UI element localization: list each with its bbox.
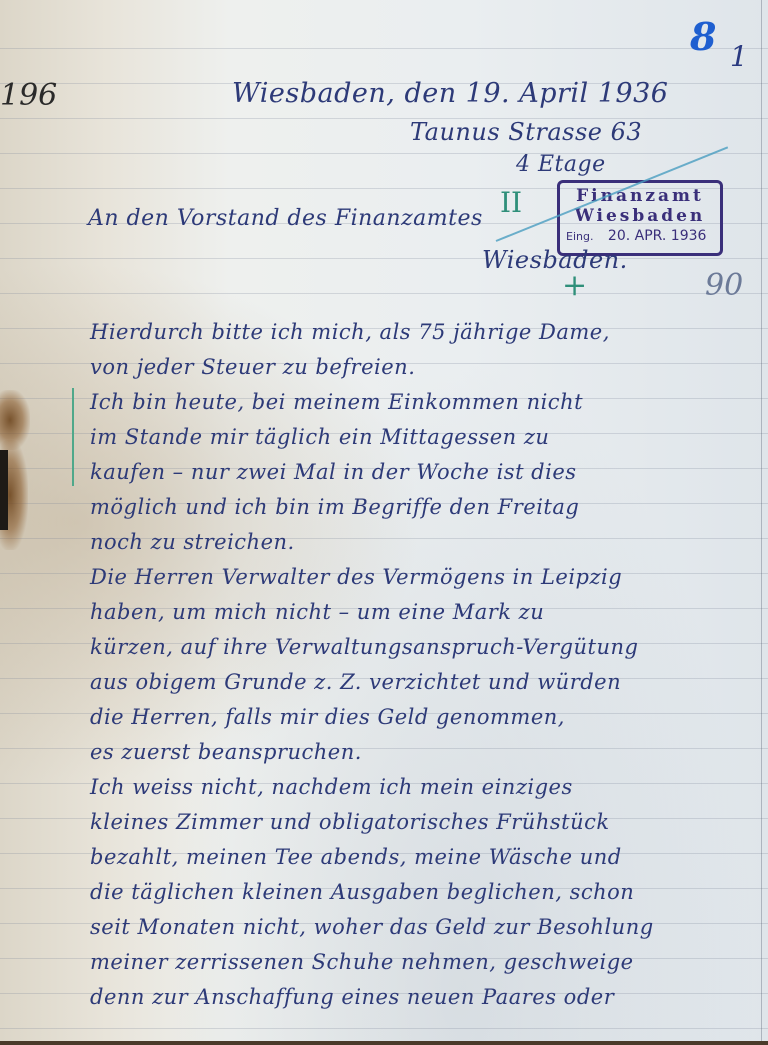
stamp-city: Wiesbaden <box>560 206 720 226</box>
body-line: haben, um mich nicht – um eine Mark zu <box>90 600 544 624</box>
archive-number: 196 <box>0 78 57 113</box>
body-line: seit Monaten nicht, woher das Geld zur B… <box>90 915 654 939</box>
body-line: aus obigem Grunde z. Z. verzichtet und w… <box>90 670 621 694</box>
addressee-line-2: Wiesbaden. <box>482 246 628 274</box>
received-stamp: Finanzamt Wiesbaden Eing. 20. APR. 1936 <box>557 180 723 256</box>
body-line: meiner zerrissenen Schuhe nehmen, geschw… <box>90 950 634 974</box>
stamp-date: 20. APR. 1936 <box>608 228 707 244</box>
green-margin-line <box>72 388 74 486</box>
body-line: es zuerst beanspruchen. <box>90 740 362 764</box>
floor-info: 4 Etage <box>516 152 606 177</box>
body-line: Die Herren Verwalter des Vermögens in Le… <box>90 565 622 589</box>
body-line: von jeder Steuer zu befreien. <box>90 355 415 379</box>
roman-numeral-mark: II <box>500 186 522 219</box>
page-right-edge <box>761 0 762 1045</box>
body-line: bezahlt, meinen Tee abends, meine Wäsche… <box>90 845 622 869</box>
body-line: Hierdurch bitte ich mich, als 75 jährige… <box>90 320 610 344</box>
stamp-date-row: Eing. 20. APR. 1936 <box>560 226 720 247</box>
pencil-number: 90 <box>705 268 743 303</box>
page-bottom-edge <box>0 1041 768 1045</box>
body-line: im Stande mir täglich ein Mittagessen zu <box>90 425 549 449</box>
body-line: Ich bin heute, bei meinem Einkommen nich… <box>90 390 583 414</box>
binding-hole <box>0 450 8 530</box>
body-line: die Herren, falls mir dies Geld genommen… <box>90 705 565 729</box>
street-address: Taunus Strasse 63 <box>410 118 642 146</box>
body-line: Ich weiss nicht, nachdem ich mein einzig… <box>90 775 573 799</box>
body-line: kleines Zimmer und obligatorisches Frühs… <box>90 810 610 834</box>
stamp-received-label: Eing. <box>566 230 593 243</box>
place-date: Wiesbaden, den 19. April 1936 <box>232 78 668 109</box>
addressee-line-1: An den Vorstand des Finanzamtes <box>88 206 483 231</box>
plus-mark: + <box>562 268 587 303</box>
body-line: kürzen, auf ihre Verwaltungsanspruch-Ver… <box>90 635 638 659</box>
folio-number: 8 <box>690 14 716 59</box>
letter-page: 196 8 1 Wiesbaden, den 19. April 1936 Ta… <box>0 0 768 1045</box>
folio-sub-number: 1 <box>730 40 748 73</box>
body-line: denn zur Anschaffung eines neuen Paares … <box>90 985 614 1009</box>
body-line: kaufen – nur zwei Mal in der Woche ist d… <box>90 460 577 484</box>
body-line: noch zu streichen. <box>90 530 295 554</box>
body-line: möglich und ich bin im Begriffe den Frei… <box>90 495 579 519</box>
body-line: die täglichen kleinen Ausgaben beglichen… <box>90 880 634 904</box>
